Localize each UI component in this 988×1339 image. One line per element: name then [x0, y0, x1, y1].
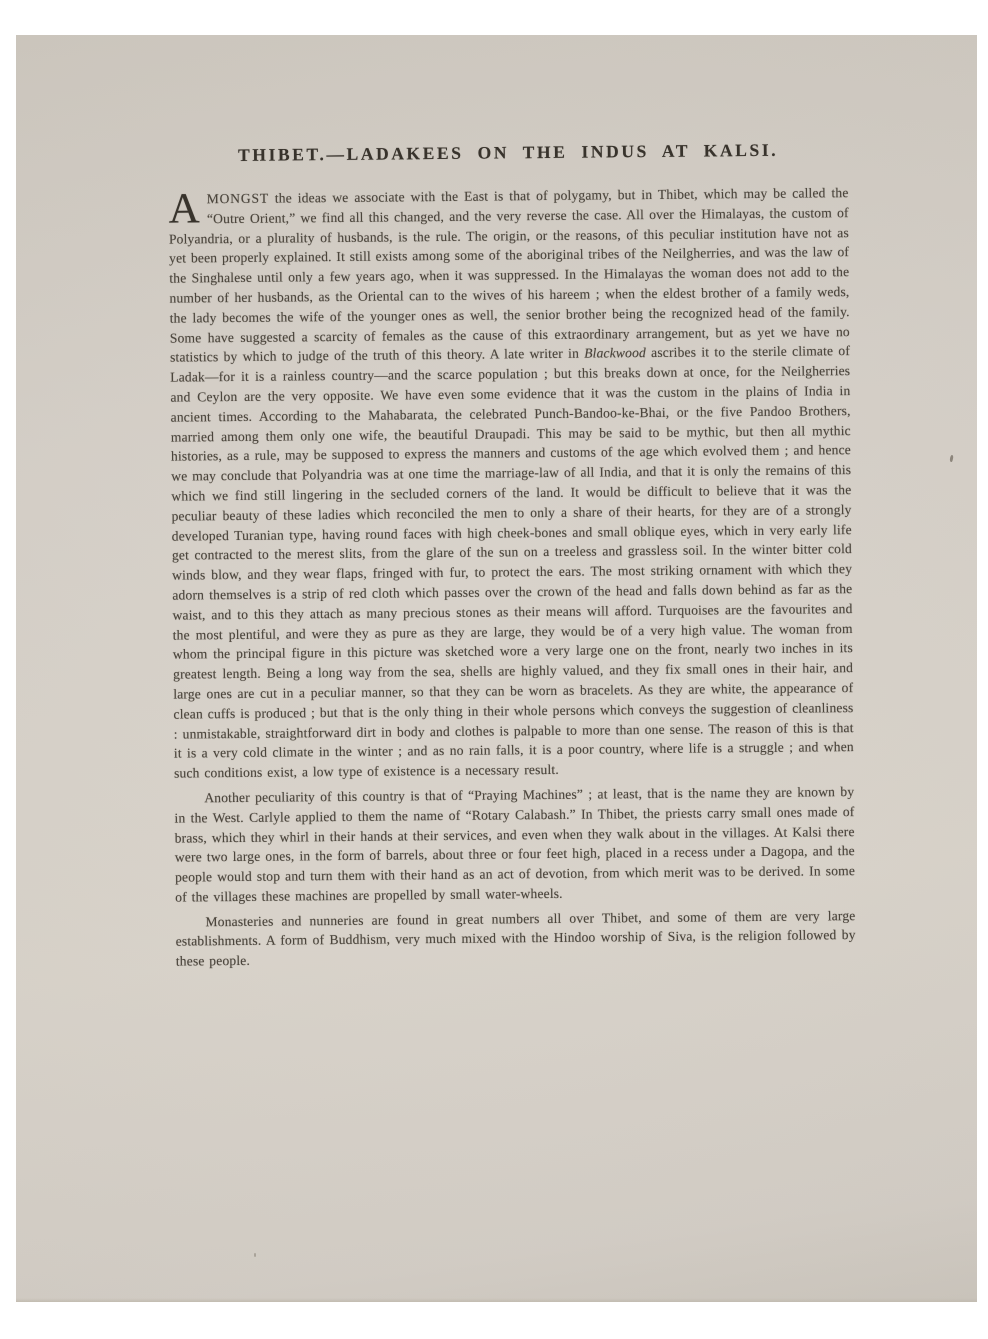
scan-speck-right	[949, 455, 953, 462]
page-content: THIBET.—LADAKEES ON THE INDUS AT KALSI. …	[168, 139, 856, 972]
paragraph-2: Another peculiarity of this country is t…	[174, 782, 855, 907]
scan-speck-bottom	[254, 1253, 256, 1257]
drop-cap-letter: A	[168, 189, 207, 226]
lead-word: MONGST	[207, 191, 269, 207]
paragraph-1-text-a: the ideas we associate with the East is …	[169, 185, 850, 365]
scanned-book-page: THIBET.—LADAKEES ON THE INDUS AT KALSI. …	[16, 35, 977, 1302]
paragraph-1: AMONGST the ideas we associate with the …	[168, 183, 854, 783]
paragraph-1-text-b: ascribes it to the sterile climate of La…	[170, 343, 854, 780]
article-body: AMONGST the ideas we associate with the …	[168, 183, 855, 972]
paragraph-3: Monasteries and nunneries are found in g…	[175, 906, 856, 972]
blackwood-italic: Blackwood	[584, 345, 646, 361]
page-title: THIBET.—LADAKEES ON THE INDUS AT KALSI.	[168, 139, 848, 167]
screenshot-root: { "page": { "title": "THIBET.—LADAKEES O…	[0, 0, 988, 1339]
